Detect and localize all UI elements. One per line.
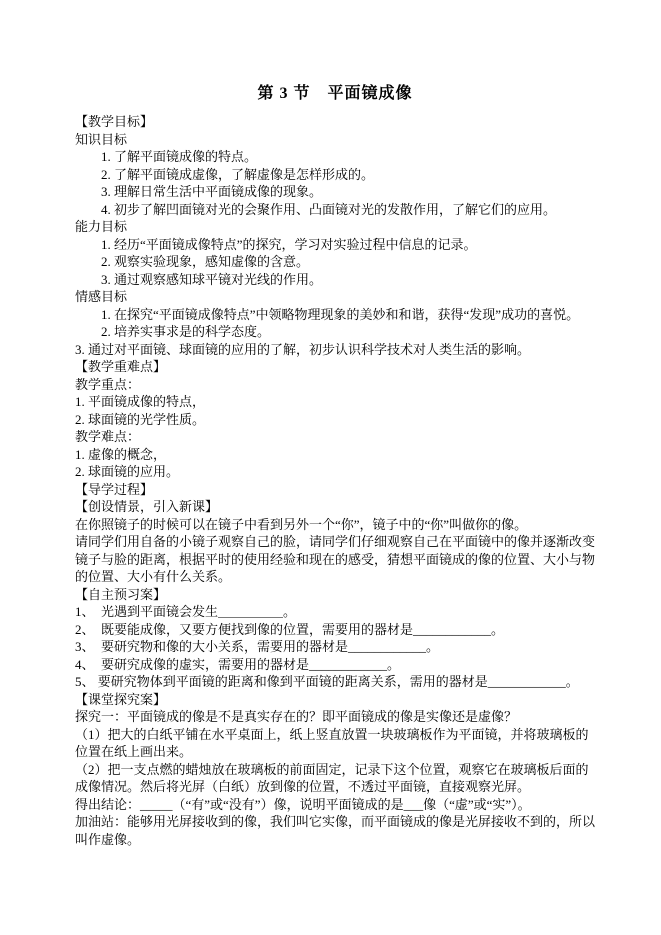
doc-line-2: 知识目标	[75, 131, 595, 149]
doc-line-9: 2. 观察实验现象，感知虚像的含意。	[75, 253, 595, 271]
doc-line-33: 探究一：平面镜成的像是不是真实存在的？即平面镜成的像是实像还是虚像？	[75, 708, 595, 726]
doc-line-15: 【教学重难点】	[75, 358, 595, 376]
doc-line-26: 【自主预习案】	[75, 586, 595, 604]
doc-line-35: （2）把一支点燃的蜡烛放在玻璃板的前面固定，记录下这个位置，观察它在玻璃板后面的…	[75, 761, 595, 796]
doc-line-3: 1. 了解平面镜成像的特点。	[75, 148, 595, 166]
doc-line-23: 【创设情景，引入新课】	[75, 498, 595, 516]
doc-line-19: 教学难点：	[75, 428, 595, 446]
document-page: 第 3 节 平面镜成像 【教学目标】知识目标1. 了解平面镜成像的特点。2. 了…	[0, 0, 661, 935]
document-title: 第 3 节 平面镜成像	[75, 84, 595, 104]
doc-line-28: 2、 既要能成像，又要方便找到像的位置，需要用的器材是____________。	[75, 621, 595, 639]
doc-line-17: 1. 平面镜成像的特点，	[75, 393, 595, 411]
doc-line-14: 3. 通过对平面镜、球面镜的应用的了解，初步认识科学技术对人类生活的影响。	[75, 341, 595, 359]
doc-line-32: 【课堂探究案】	[75, 691, 595, 709]
doc-line-11: 情感目标	[75, 288, 595, 306]
doc-line-10: 3. 通过观察感知球平镜对光线的作用。	[75, 271, 595, 289]
doc-line-20: 1. 虚像的概念，	[75, 446, 595, 464]
doc-line-24: 在你照镜子的时候可以在镜子中看到另外一个“你”，镜子中的“你”叫做你的像。	[75, 516, 595, 534]
doc-line-31: 5、 要研究物体到平面镜的距离和像到平面镜的距离关系，需用的器材是_______…	[75, 673, 595, 691]
doc-line-4: 2. 了解平面镜成虚像，了解虚像是怎样形成的。	[75, 166, 595, 184]
doc-line-25: 请同学们用自备的小镜子观察自己的脸，请同学们仔细观察自己在平面镜中的像并逐渐改变…	[75, 533, 595, 586]
doc-line-22: 【导学过程】	[75, 481, 595, 499]
doc-line-12: 1. 在探究“平面镜成像特点”中领略物理现象的美妙和和谐，获得“发现”成功的喜悦…	[75, 306, 595, 324]
doc-line-5: 3. 理解日常生活中平面镜成像的现象。	[75, 183, 595, 201]
doc-line-18: 2. 球面镜的光学性质。	[75, 411, 595, 429]
doc-line-29: 3、 要研究物和像的大小关系，需要用的器材是____________。	[75, 638, 595, 656]
doc-line-34: （1）把大的白纸平铺在水平桌面上，纸上竖直放置一块玻璃板作为平面镜，并将玻璃板的…	[75, 726, 595, 761]
document-body: 【教学目标】知识目标1. 了解平面镜成像的特点。2. 了解平面镜成虚像，了解虚像…	[75, 113, 595, 848]
doc-line-1: 【教学目标】	[75, 113, 595, 131]
doc-line-6: 4. 初步了解凹面镜对光的会聚作用、凸面镜对光的发散作用，了解它们的应用。	[75, 201, 595, 219]
doc-line-27: 1、 光遇到平面镜会发生＿＿＿＿＿。	[75, 603, 595, 621]
doc-line-36: 得出结论：_____（“有”或“没有”）像，说明平面镜成的是___像（“虚”或“…	[75, 796, 595, 814]
doc-line-16: 教学重点：	[75, 376, 595, 394]
doc-line-37: 加油站：能够用光屏接收到的像，我们叫它实像，而平面镜成的像是光屏接收不到的，所以…	[75, 813, 595, 848]
doc-line-8: 1. 经历“平面镜成像特点”的探究，学习对实验过程中信息的记录。	[75, 236, 595, 254]
doc-line-21: 2. 球面镜的应用。	[75, 463, 595, 481]
doc-line-30: 4、 要研究成像的虚实，需要用的器材是____________。	[75, 656, 595, 674]
doc-line-7: 能力目标	[75, 218, 595, 236]
doc-line-13: 2. 培养实事求是的科学态度。	[75, 323, 595, 341]
